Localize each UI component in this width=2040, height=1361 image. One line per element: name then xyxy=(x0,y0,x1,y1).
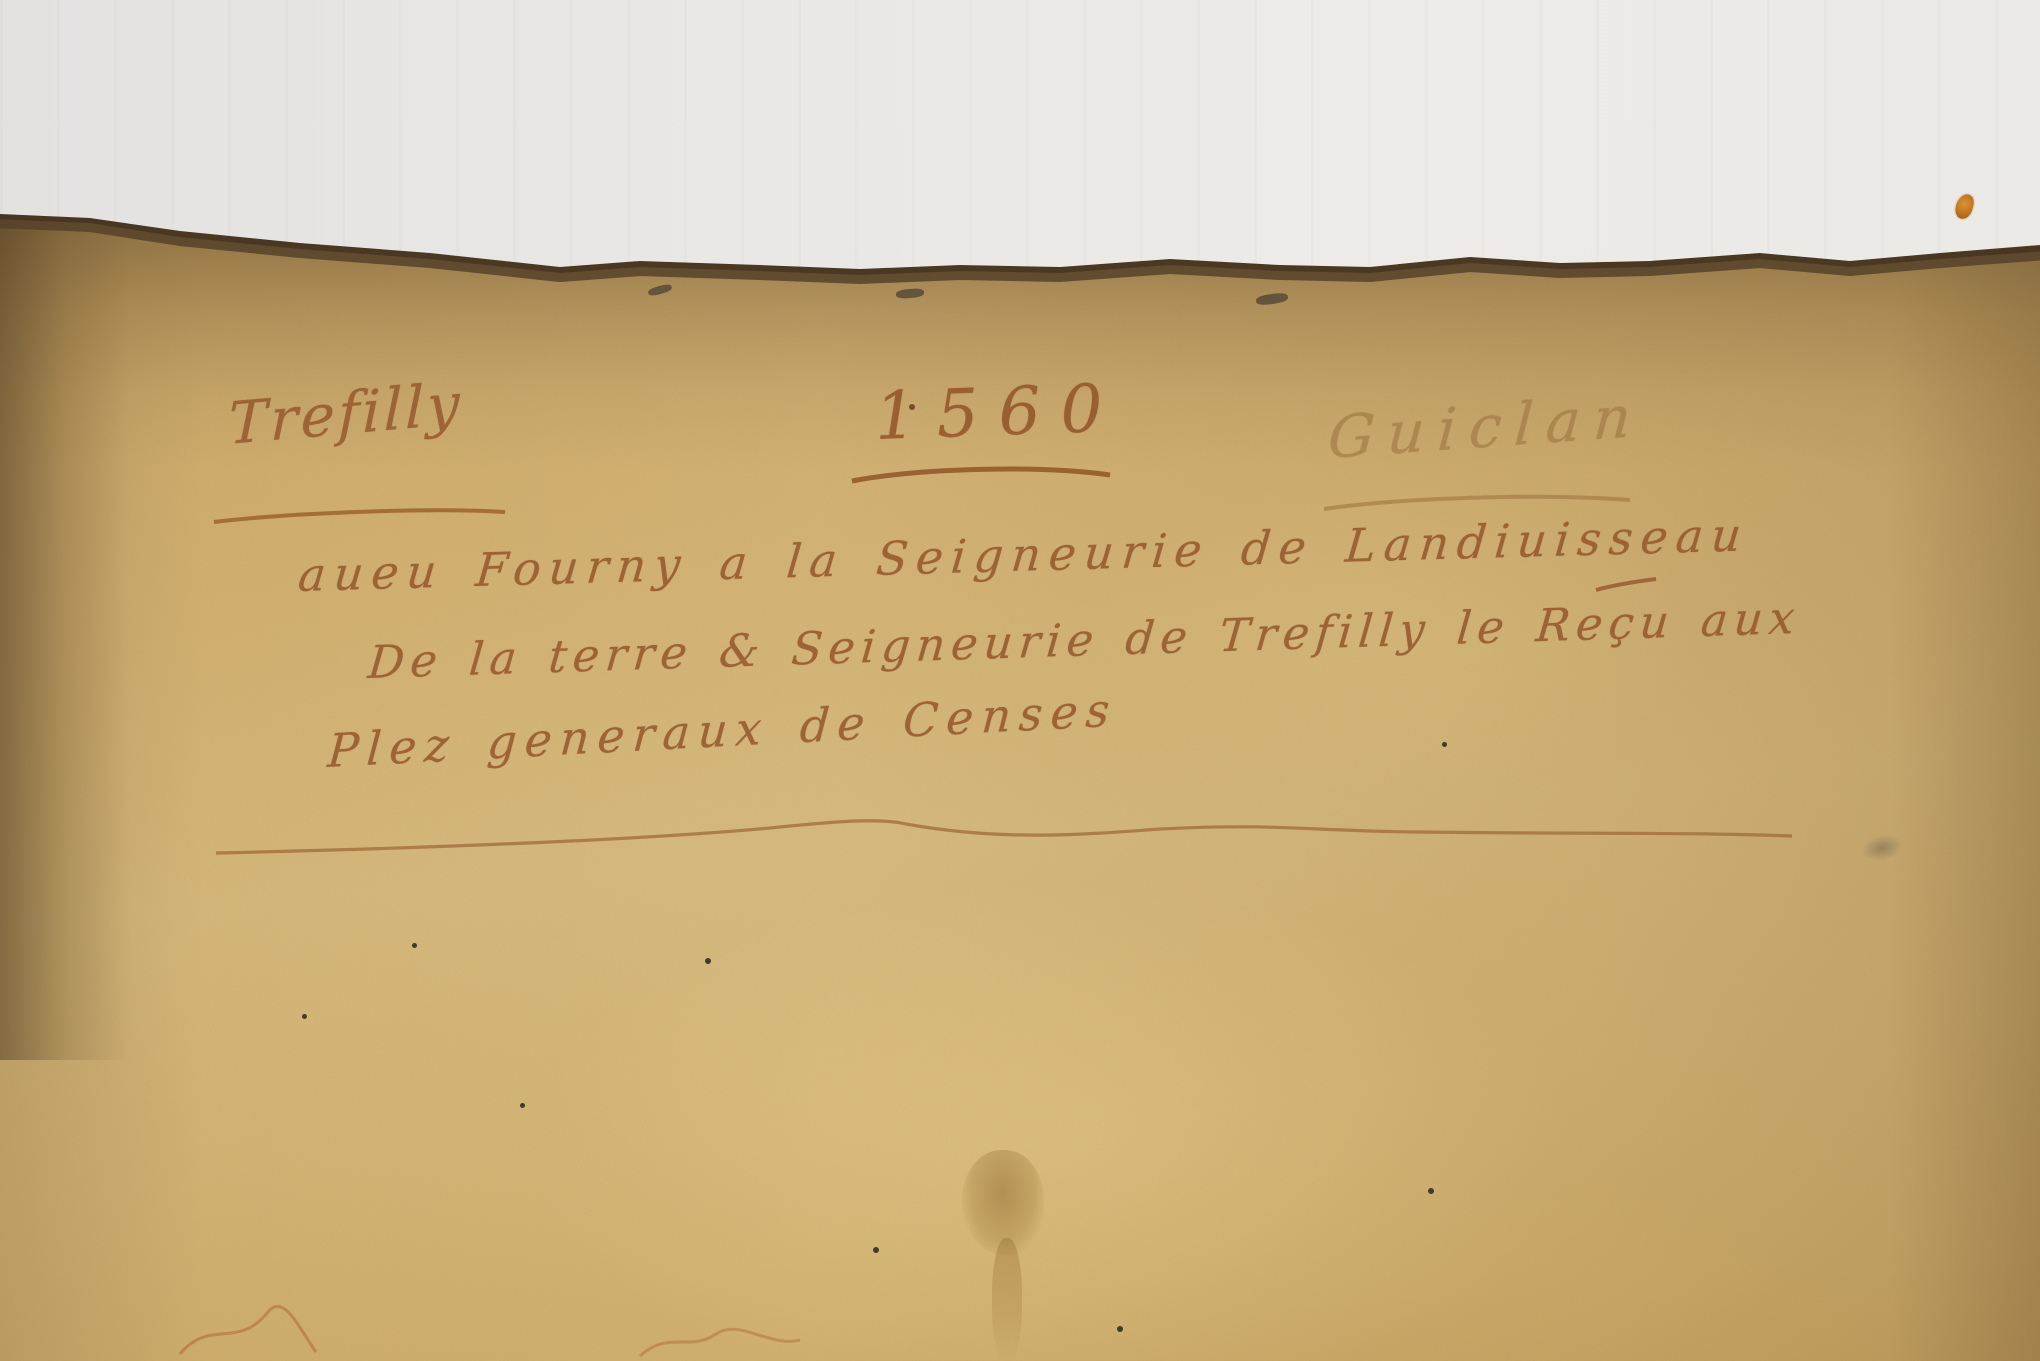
ink-speck xyxy=(302,1014,307,1019)
ink-speck xyxy=(909,404,915,410)
ink-speck xyxy=(520,1103,525,1108)
ink-speck xyxy=(1428,1188,1434,1194)
ink-speck xyxy=(873,1247,879,1253)
ink-speck xyxy=(1442,742,1447,747)
photograph-of-parchment: Trefilly 1560 Guiclan aueu Fourny a la S… xyxy=(0,0,2040,1361)
ink-speck xyxy=(412,943,417,948)
ink-speck xyxy=(705,958,711,964)
ink-speck xyxy=(1117,1326,1123,1332)
water-stain-streak xyxy=(992,1238,1022,1361)
header-year: 1560 xyxy=(873,369,1124,455)
